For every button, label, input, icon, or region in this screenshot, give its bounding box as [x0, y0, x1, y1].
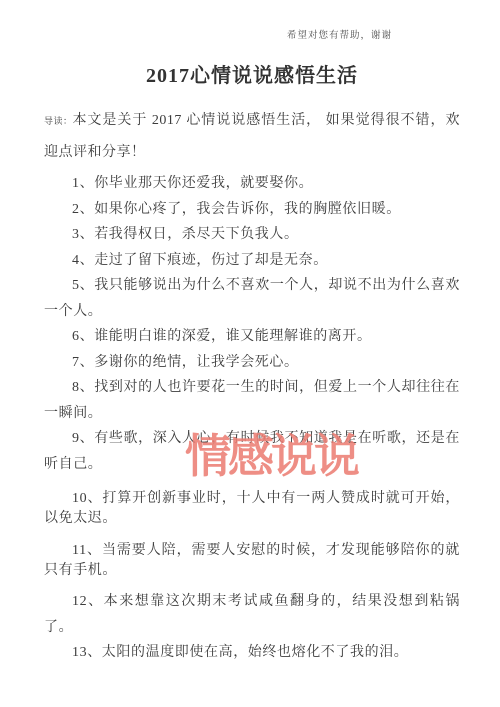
- intro-label: 导读：: [44, 116, 72, 126]
- list-item-13: 13、太阳的温度即使在高，始终也熔化不了我的泪。: [44, 640, 460, 666]
- list-item-9: 9、有些歌，深入人心，有时候我不知道我是在听歌，还是在听自己。: [44, 426, 460, 477]
- list-item-8: 8、找到对的人也许要花一生的时间，但爱上一个人却往往在一瞬间。: [44, 375, 460, 426]
- list-item-5: 5、我只能够说出为什么不喜欢一个人，却说不出为什么喜欢一个人。: [44, 273, 460, 324]
- list-item-2: 2、如果你心疼了，我会告诉你，我的胸膛依旧暖。: [44, 197, 460, 223]
- list-item-4: 4、走过了留下痕迹，伤过了却是无奈。: [44, 248, 460, 274]
- intro-paragraph: 导读：本文是关于 2017 心情说说感悟生活， 如果觉得很不错，欢迎点评和分享！: [44, 105, 460, 168]
- list-item-12: 12、本来想靠这次期末考试咸鱼翻身的，结果没想到粘锅了。: [44, 589, 460, 640]
- list-item-7: 7、多谢你的绝情，让我学会死心。: [44, 350, 460, 376]
- page-title: 2017心情说说感悟生活: [44, 62, 460, 90]
- list-item-6: 6、谁能明白谁的深爱，谁又能理解谁的离开。: [44, 324, 460, 350]
- header-note: 希望对您有帮助，谢谢: [44, 30, 460, 42]
- list-item-10: 10、打算开创新事业时，十人中有一两人赞成时就可开始，以免太迟。: [44, 489, 460, 529]
- quote-list: 1、你毕业那天你还爱我，就要娶你。 2、如果你心疼了，我会告诉你，我的胸膛依旧暖…: [44, 171, 460, 666]
- list-item-11: 11、当需要人陪，需要人安慰的时候，才发现能够陪你的就只有手机。: [44, 541, 460, 581]
- document-page: 希望对您有帮助，谢谢 2017心情说说感悟生活 导读：本文是关于 2017 心情…: [0, 0, 500, 707]
- list-item-3: 3、若我得权日，杀尽天下负我人。: [44, 222, 460, 248]
- intro-text: 本文是关于 2017 心情说说感悟生活， 如果觉得很不错，欢迎点评和分享！: [44, 113, 460, 160]
- list-item-1: 1、你毕业那天你还爱我，就要娶你。: [44, 171, 460, 197]
